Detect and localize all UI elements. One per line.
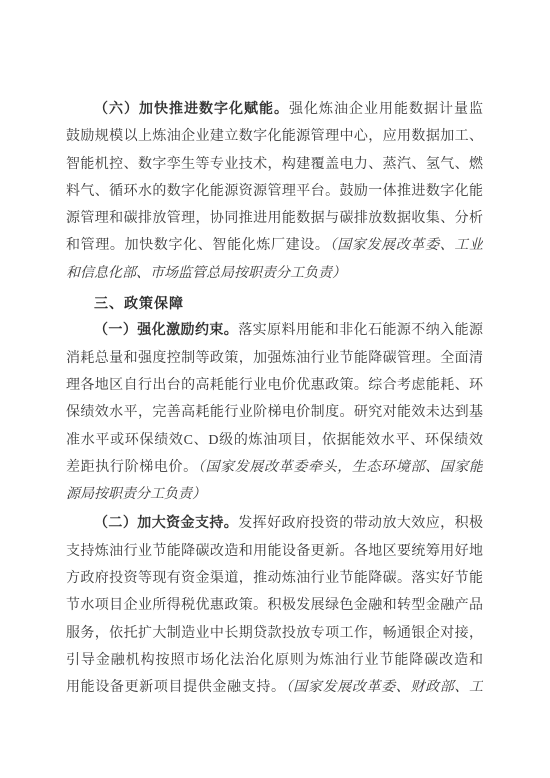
text-line: 和信息化部、市场监管总局按职责分工负责） xyxy=(66,260,483,287)
text-line: 用能设备更新项目提供金融支持。（国家发展改革委、财政部、工 xyxy=(66,674,483,701)
attribution-text: 源局按职责分工负责） xyxy=(66,487,206,502)
attribution-text: （国家发展改革委、财政部、工 xyxy=(286,680,483,695)
body-text: 准水平或环保绩效C、D级的炼油项目，依据能效水平、环保绩效 xyxy=(66,433,483,448)
text-line: 智能机控、数字孪生等专业技术，构建覆盖电力、蒸汽、氢气、燃 xyxy=(66,151,483,178)
text-line: （二）加大资金支持。发挥好政府投资的带动放大效应，积极 xyxy=(66,510,483,537)
body-text: 料气、循环水的数字化能源资源管理平台。鼓励一体推进数字化能 xyxy=(66,184,483,199)
body-text: 保绩效水平，完善高耗能行业阶梯电价制度。研究对能效未达到基 xyxy=(66,405,483,420)
text-line: 三、政策保障 xyxy=(66,290,483,317)
para-1-incentives-constraints: （一）强化激励约束。落实原料用能和非化石能源不纳入能源消耗总量和强度控制等政策，… xyxy=(66,317,483,508)
text-line: 引导金融机构按照市场化法治化原则为炼油行业节能降碳改造和 xyxy=(66,647,483,674)
text-line: （六）加快推进数字化赋能。强化炼油企业用能数据计量监测。 xyxy=(66,96,483,123)
para-6-digital-empowerment: （六）加快推进数字化赋能。强化炼油企业用能数据计量监测。鼓励规模以上炼油企业建立… xyxy=(66,96,483,287)
text-line: 保绩效水平，完善高耗能行业阶梯电价制度。研究对能效未达到基 xyxy=(66,399,483,426)
lead-in-text: （一）强化激励约束。 xyxy=(94,323,238,338)
text-line: 和管理。加快数字化、智能化炼厂建设。（国家发展改革委、工业 xyxy=(66,232,483,259)
text-line: 源局按职责分工负责） xyxy=(66,481,483,508)
body-text: 鼓励规模以上炼油企业建立数字化能源管理中心，应用数据加工、 xyxy=(66,129,483,144)
text-line: 方政府投资等现有资金渠道，推动炼油行业节能降碳。落实好节能 xyxy=(66,565,483,592)
text-line: 差距执行阶梯电价。（国家发展改革委牵头，生态环境部、国家能 xyxy=(66,454,483,481)
section-heading-text: 三、政策保障 xyxy=(94,295,184,311)
body-text: 支持炼油行业节能降碳改造和用能设备更新。各地区要统筹用好地 xyxy=(66,544,483,559)
body-text: 落实原料用能和非化石能源不纳入能源 xyxy=(238,323,483,338)
lead-in-text: （二）加大资金支持。 xyxy=(94,516,238,531)
text-line: 源管理和碳排放管理，协同推进用能数据与碳排放数据收集、分析 xyxy=(66,205,483,232)
text-line: 料气、循环水的数字化能源资源管理平台。鼓励一体推进数字化能 xyxy=(66,178,483,205)
text-line: 消耗总量和强度控制等政策，加强炼油行业节能降碳管理。全面清 xyxy=(66,345,483,372)
body-text: 智能机控、数字孪生等专业技术，构建覆盖电力、蒸汽、氢气、燃 xyxy=(66,157,483,172)
attribution-text: （国家发展改革委、工业 xyxy=(330,238,483,253)
text-line: 鼓励规模以上炼油企业建立数字化能源管理中心，应用数据加工、 xyxy=(66,123,483,150)
attribution-text: （国家发展改革委牵头，生态环境部、国家能 xyxy=(198,460,483,475)
body-text: 用能设备更新项目提供金融支持。 xyxy=(66,680,286,695)
text-line: 服务，依托扩大制造业中长期贷款投放专项工作，畅通银企对接， xyxy=(66,620,483,647)
body-text: 差距执行阶梯电价。 xyxy=(66,460,198,475)
body-text: 消耗总量和强度控制等政策，加强炼油行业节能降碳管理。全面清 xyxy=(66,351,483,366)
document-page: （六）加快推进数字化赋能。强化炼油企业用能数据计量监测。鼓励规模以上炼油企业建立… xyxy=(0,0,550,778)
document-text-block: （六）加快推进数字化赋能。强化炼油企业用能数据计量监测。鼓励规模以上炼油企业建立… xyxy=(66,96,483,702)
lead-in-text: （六）加快推进数字化赋能。 xyxy=(94,102,289,117)
body-text: 发挥好政府投资的带动放大效应，积极 xyxy=(238,516,483,531)
attribution-text: 和信息化部、市场监管总局按职责分工负责） xyxy=(66,266,346,281)
body-text: 服务，依托扩大制造业中长期贷款投放专项工作，畅通银企对接， xyxy=(66,626,483,641)
body-text: 理各地区自行出台的高耗能行业电价优惠政策。综合考虑能耗、环 xyxy=(66,378,483,393)
body-text: 方政府投资等现有资金渠道，推动炼油行业节能降碳。落实好节能 xyxy=(66,571,483,586)
text-line: 节水项目企业所得税优惠政策。积极发展绿色金融和转型金融产品 xyxy=(66,592,483,619)
para-2-funding-support: （二）加大资金支持。发挥好政府投资的带动放大效应，积极支持炼油行业节能降碳改造和… xyxy=(66,510,483,701)
body-text: 节水项目企业所得税优惠政策。积极发展绿色金融和转型金融产品 xyxy=(66,598,483,613)
body-text: 源管理和碳排放管理，协同推进用能数据与碳排放数据收集、分析 xyxy=(66,211,483,226)
section-heading-policy-support: 三、政策保障 xyxy=(66,290,483,317)
text-line: 准水平或环保绩效C、D级的炼油项目，依据能效水平、环保绩效 xyxy=(66,427,483,454)
body-text: 和管理。加快数字化、智能化炼厂建设。 xyxy=(66,238,330,253)
text-line: 理各地区自行出台的高耗能行业电价优惠政策。综合考虑能耗、环 xyxy=(66,372,483,399)
text-line: 支持炼油行业节能降碳改造和用能设备更新。各地区要统筹用好地 xyxy=(66,538,483,565)
body-text: 引导金融机构按照市场化法治化原则为炼油行业节能降碳改造和 xyxy=(66,653,483,668)
text-line: （一）强化激励约束。落实原料用能和非化石能源不纳入能源 xyxy=(66,317,483,344)
